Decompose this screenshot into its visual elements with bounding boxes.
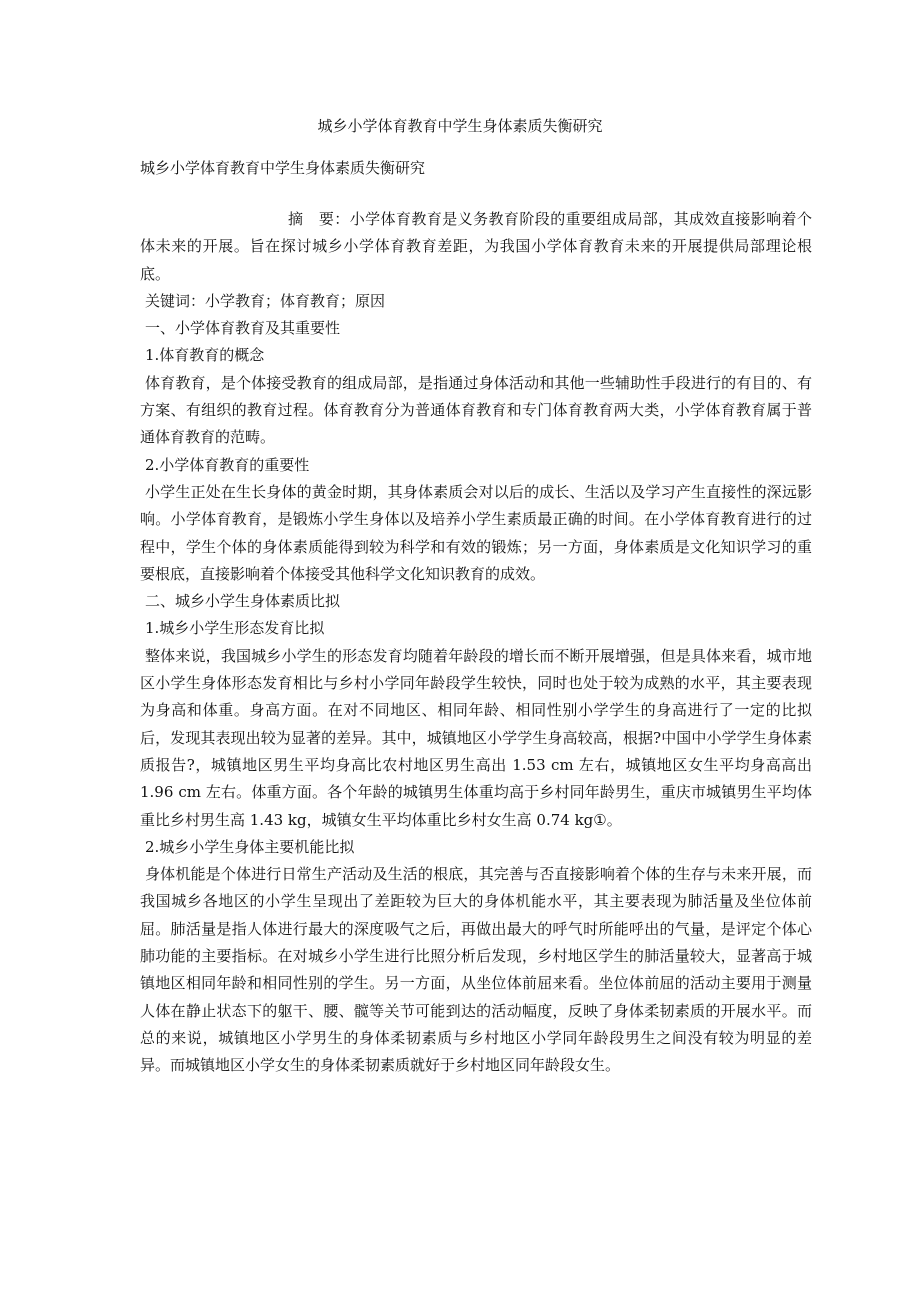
document-subtitle: 城乡小学体育教育中学生身体素质失衡研究 — [140, 158, 425, 178]
abstract-text: 小学体育教育是义务教育阶段的重要组成局部，其成效直接影响着个体未来的开展。旨在探… — [140, 210, 812, 283]
document-title: 城乡小学体育教育中学生身体素质失衡研究 — [0, 116, 920, 136]
document-body: 摘 要：小学体育教育是义务教育阶段的重要组成局部，其成效直接影响着个体未来的开展… — [140, 206, 812, 1080]
paragraph: 小学生正处在生长身体的黄金时期，其身体素质会对以后的成长、生活以及学习产生直接性… — [140, 479, 812, 588]
section-heading: 二、城乡小学生身体素质比拟 — [140, 588, 812, 615]
subsection-heading: 2.城乡小学生身体主要机能比拟 — [140, 834, 812, 861]
document-page: 城乡小学体育教育中学生身体素质失衡研究 城乡小学体育教育中学生身体素质失衡研究 … — [0, 0, 920, 1302]
paragraph: 整体来说，我国城乡小学生的形态发育均随着年龄段的增长而不断开展增强，但是具体来看… — [140, 643, 812, 834]
paragraph: 体育教育，是个体接受教育的组成局部，是指通过身体活动和其他一些辅助性手段进行的有… — [140, 370, 812, 452]
subsection-heading: 1.城乡小学生形态发育比拟 — [140, 615, 812, 642]
subsection-heading: 1.体育教育的概念 — [140, 342, 812, 369]
keywords: 关键词：小学教育；体育教育；原因 — [140, 288, 812, 315]
abstract-label: 摘 要： — [288, 210, 350, 228]
abstract-paragraph: 摘 要：小学体育教育是义务教育阶段的重要组成局部，其成效直接影响着个体未来的开展… — [140, 206, 812, 288]
section-heading: 一、小学体育教育及其重要性 — [140, 315, 812, 342]
paragraph: 身体机能是个体进行日常生产活动及生活的根底，其完善与否直接影响着个体的生存与未来… — [140, 861, 812, 1079]
subsection-heading: 2.小学体育教育的重要性 — [140, 452, 812, 479]
